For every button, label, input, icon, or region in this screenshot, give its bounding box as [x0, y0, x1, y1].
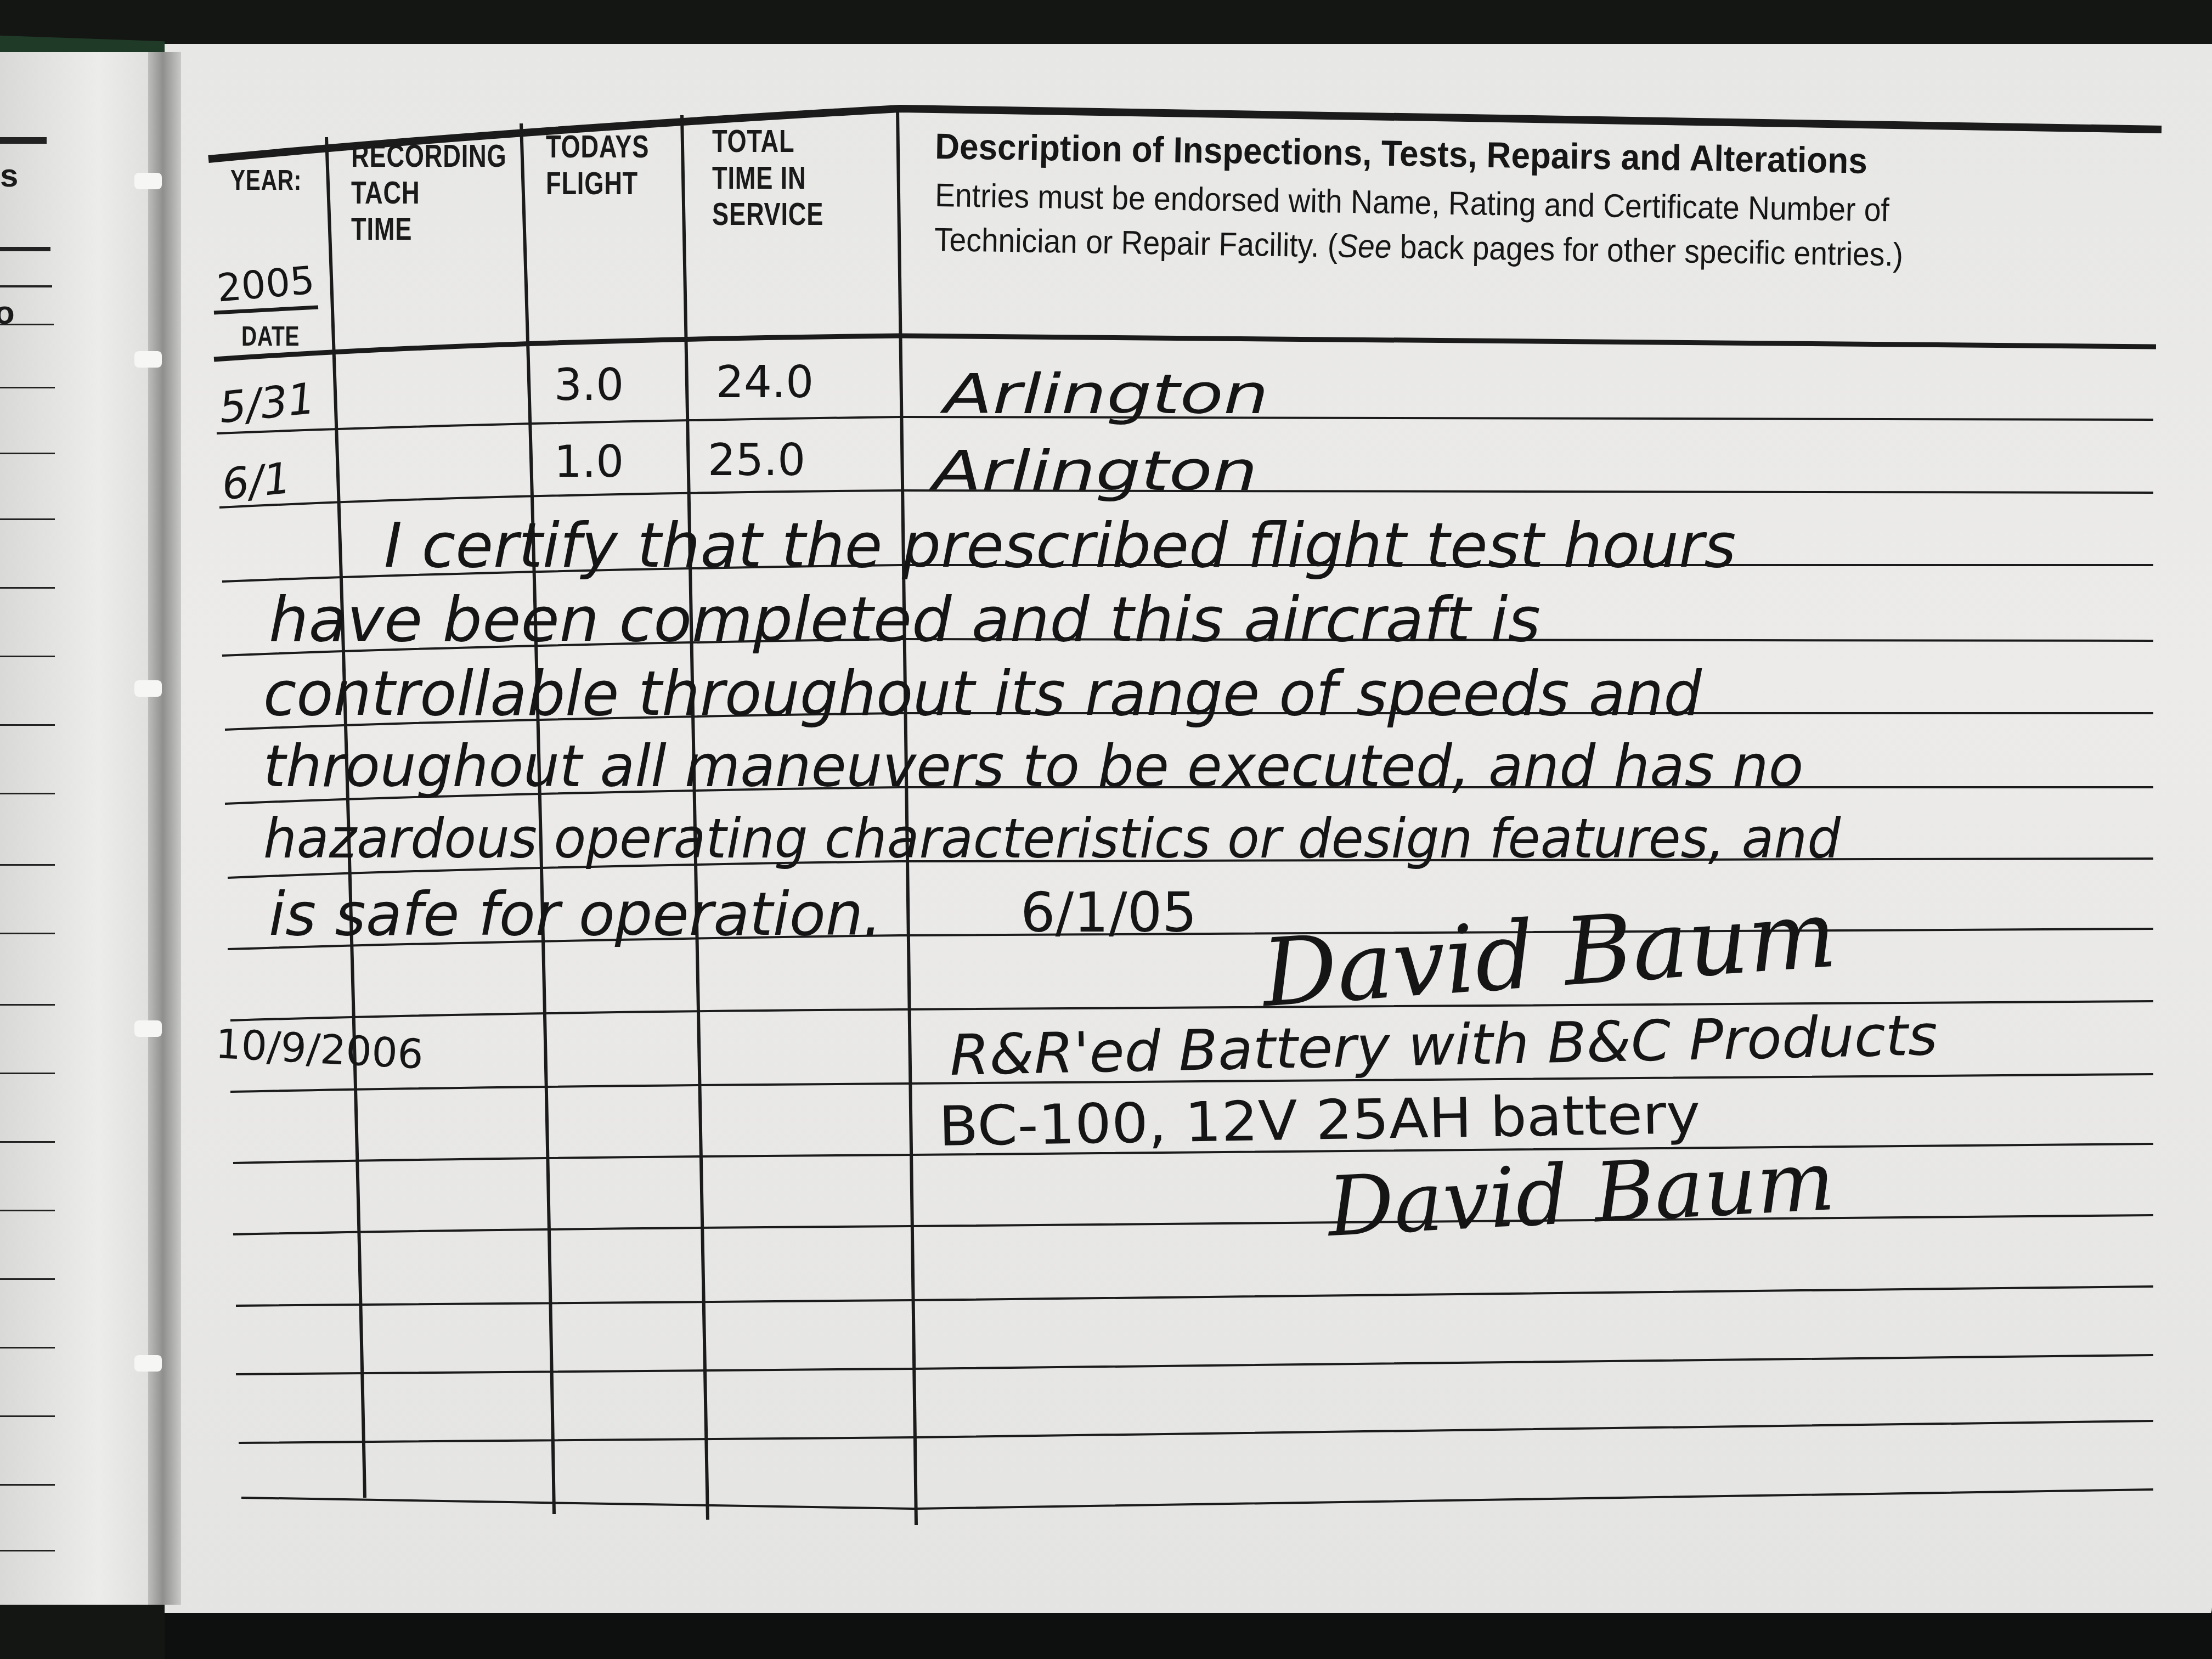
total-header-line: TOTAL	[712, 123, 823, 160]
instructions-text: back pages for other specific entries.)	[1391, 228, 1904, 273]
total-header-line: TIME IN	[712, 160, 823, 197]
year-label: YEAR:	[230, 165, 302, 198]
tach-time-header: RECORDING TACH TIME	[351, 138, 507, 248]
certification-date: 6/1/05	[1020, 881, 1197, 945]
year-value: 2005	[215, 257, 317, 311]
certification-line: throughout all maneuvers to be executed,…	[263, 732, 1803, 800]
entry-description: Arlington	[944, 362, 1268, 426]
tach-header-line: TACH	[351, 175, 507, 212]
flight-header-line: FLIGHT	[546, 166, 649, 202]
instructions-text: Technician or Repair Facility. (	[934, 221, 1338, 264]
description-header-instructions: Entries must be endorsed with Name, Rati…	[934, 173, 1904, 277]
certification-line: controllable throughout its range of spe…	[263, 658, 1702, 730]
total-header-line: SERVICE	[712, 196, 823, 233]
certification-line: have been completed and this aircraft is	[269, 584, 1541, 656]
instructions-emphasis: See	[1338, 228, 1392, 266]
certification-line: is safe for operation.	[269, 881, 882, 949]
entry-total-time: 25.0	[708, 435, 805, 486]
total-time-header: TOTAL TIME IN SERVICE	[712, 123, 823, 233]
certification-line: hazardous operating characteristics or d…	[263, 806, 1841, 871]
header-bottom-border	[214, 336, 2156, 359]
tach-header-line: TIME	[351, 211, 507, 248]
tach-header-line: RECORDING	[351, 138, 507, 175]
todays-flight-header: TODAYS FLIGHT	[546, 129, 649, 202]
entry-date: 5/31	[217, 374, 318, 433]
entry-total-time: 24.0	[716, 357, 814, 408]
entry-todays-flight: 3.0	[554, 359, 624, 410]
date-label: DATE	[241, 321, 300, 353]
flight-header-line: TODAYS	[546, 129, 649, 166]
entry-todays-flight: 1.0	[554, 436, 624, 487]
entry-description: Arlington	[933, 439, 1257, 503]
entry-date: 6/1	[219, 454, 293, 510]
certification-line: I certify that the prescribed flight tes…	[384, 510, 1736, 582]
